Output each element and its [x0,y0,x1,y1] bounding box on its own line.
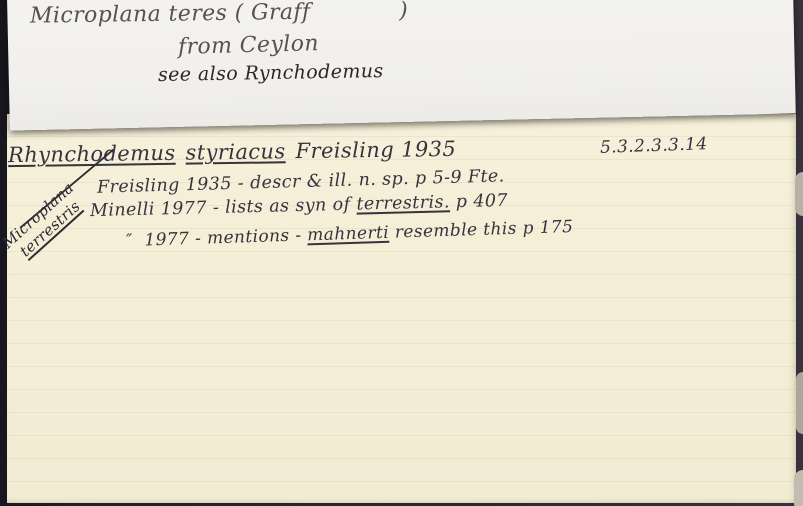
paper-curl-middle [796,372,803,434]
slip-cross-reference-line: see also Rynchodemus [158,60,384,86]
underlined-term-terrestris: terrestris. [356,192,450,214]
heading-species: styriacus [185,139,285,164]
scanned-photo: 5.3.2.3.3.14 RhynchodemusstyriacusFreisl… [0,0,803,506]
catalog-number: 5.3.2.3.3.14 [600,134,708,158]
heading-author: Freisling 1935 [295,137,456,163]
paper-curl-bottom [794,470,803,506]
citation-page: p 407 [450,191,509,212]
underlined-term-mahnerti: mahnerti [307,223,389,246]
paper-curl-top [795,172,803,216]
slip-locality-line: from Ceylon [178,31,319,60]
heading-genus: Rhynchodemus [8,141,176,167]
